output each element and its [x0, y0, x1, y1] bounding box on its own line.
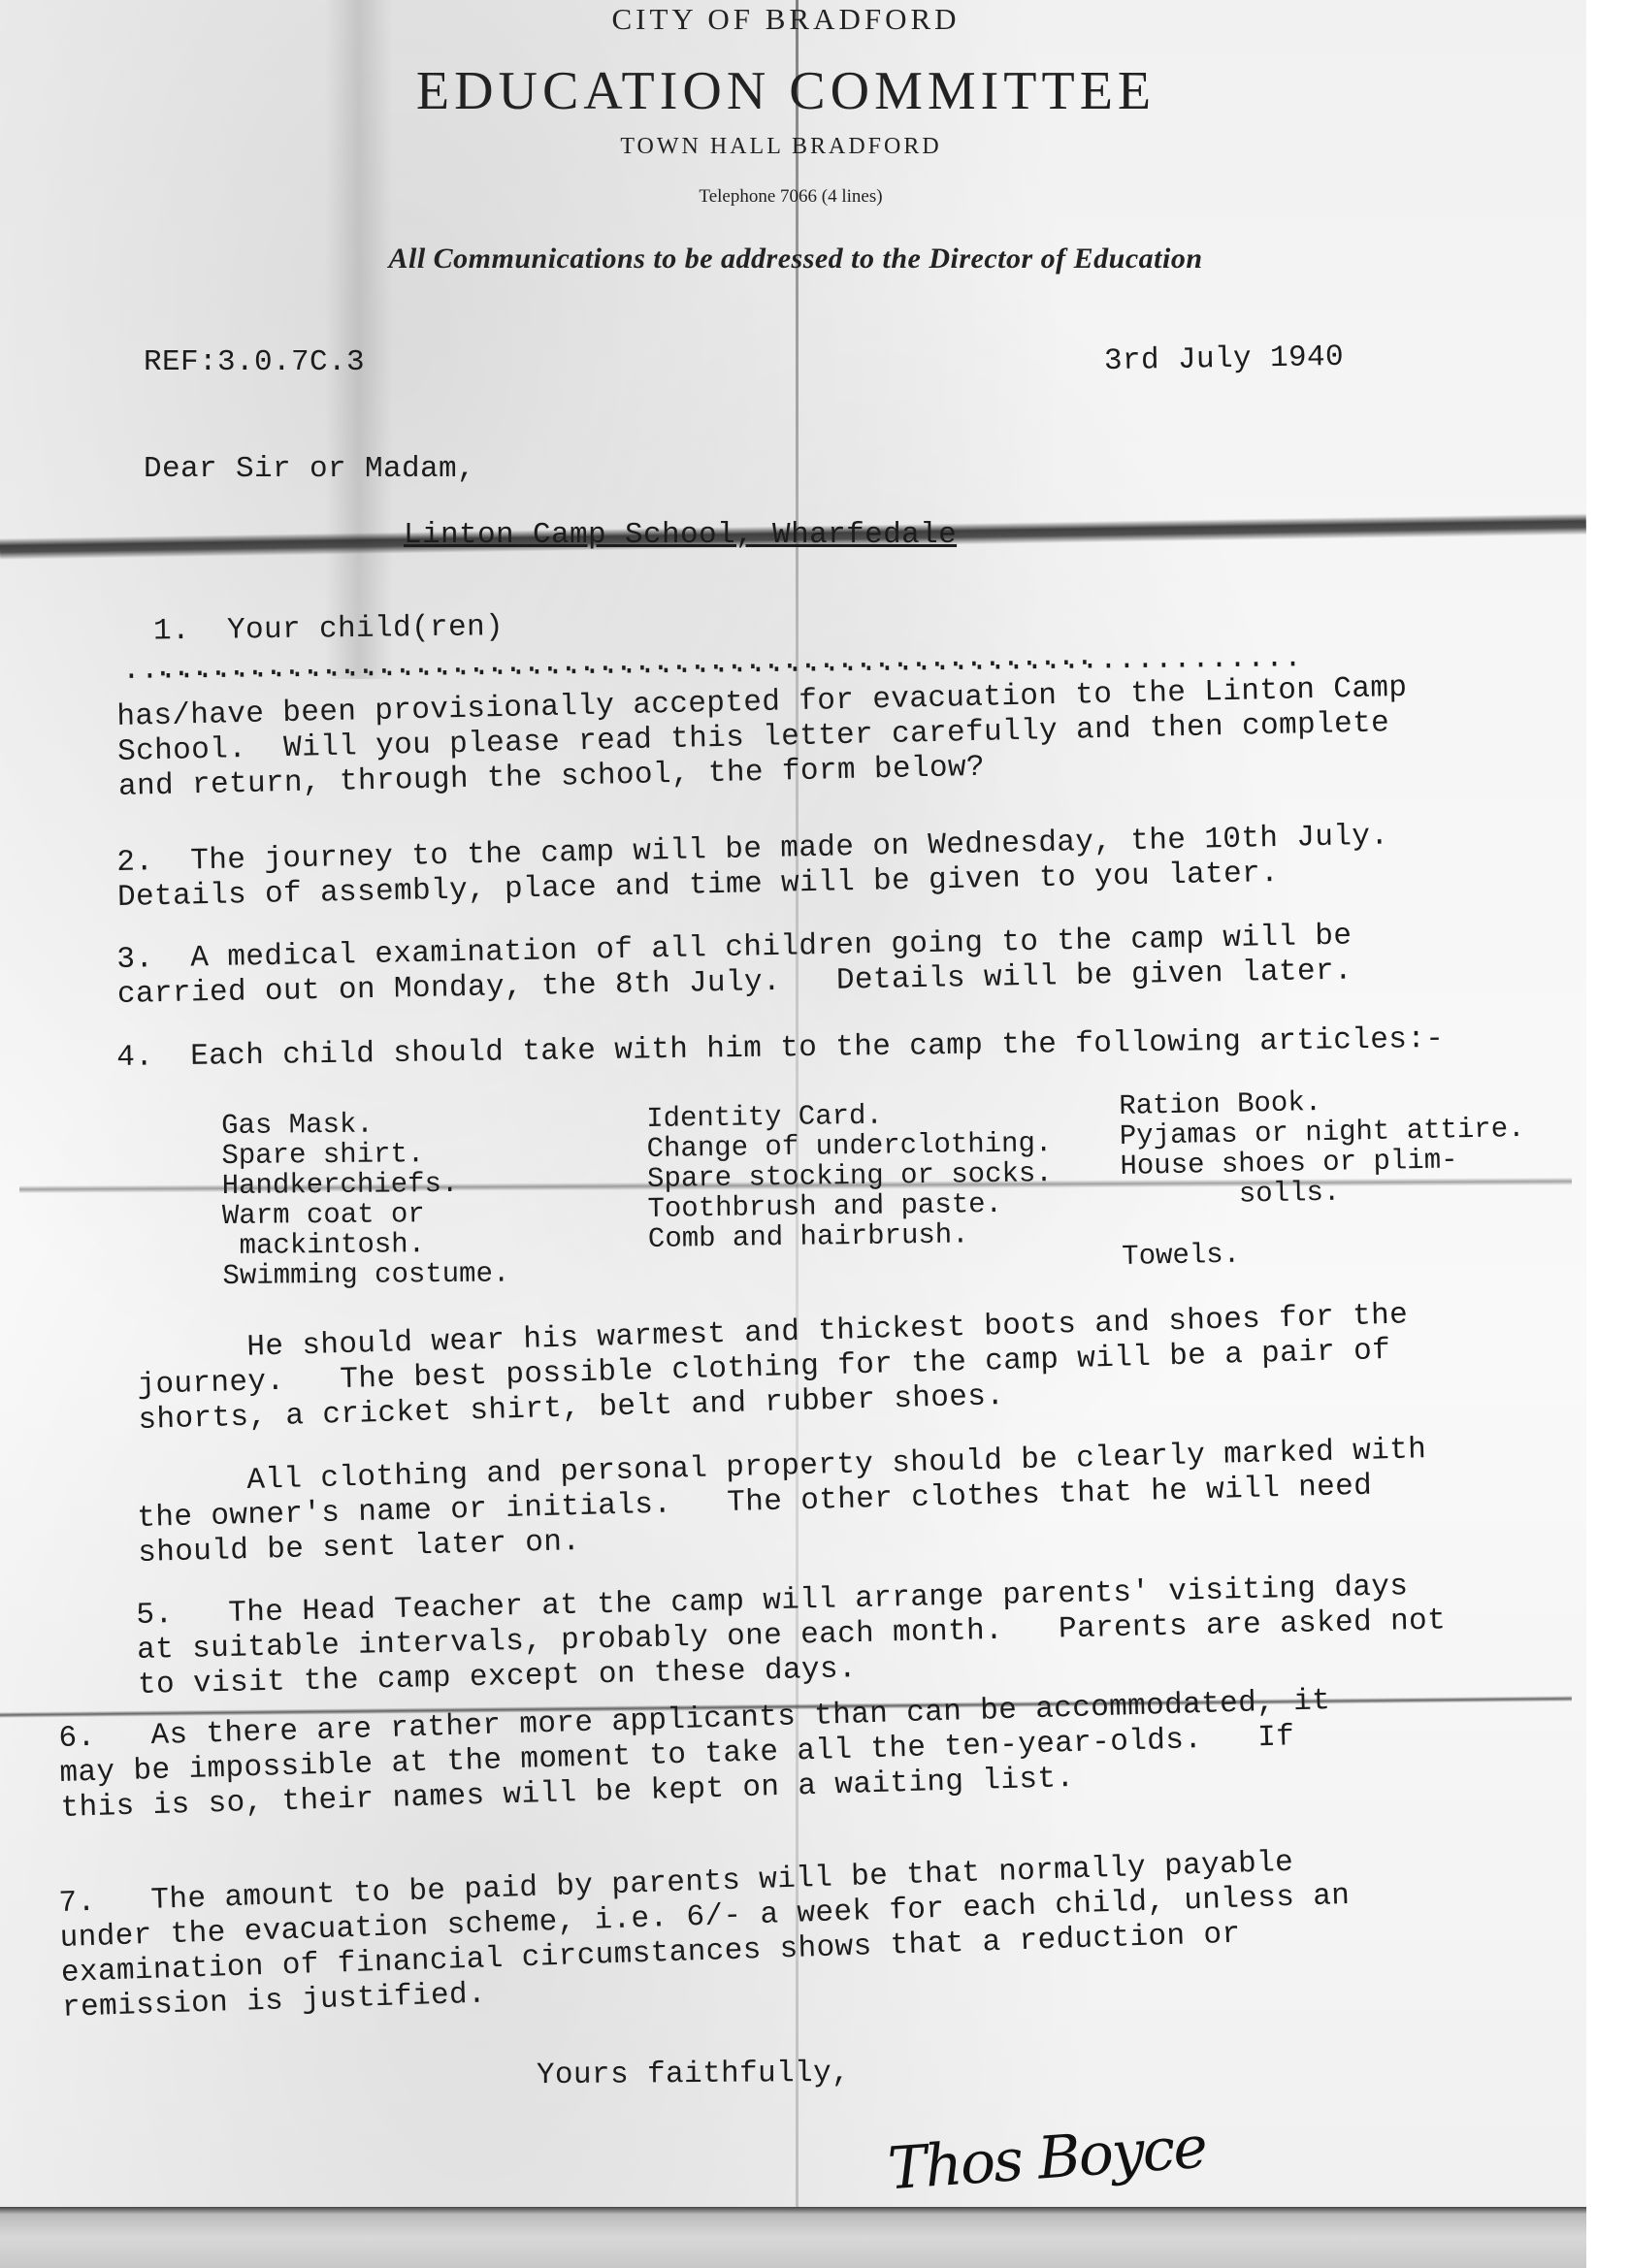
scan-margin [1586, 0, 1630, 2268]
letter-date: 3rd July 1940 [1104, 340, 1345, 380]
letterhead-city: CITY OF BRADFORD [0, 2, 1601, 37]
letterhead-address: TOWN HALL BRADFORD [0, 134, 1596, 160]
letterhead-communications-note: All Communications to be addressed to th… [0, 243, 1611, 275]
subject-heading: Linton Camp School, Wharfedale [404, 517, 957, 554]
articles-list-column-2: Identity Card. Change of underclothing. … [646, 1098, 1054, 1254]
bottom-fold [0, 2207, 1586, 2268]
articles-list-column-3: Ration Book. Pyjamas or night attire. Ho… [1119, 1084, 1527, 1272]
articles-list-column-1: Gas Mask. Spare shirt. Handkerchiefs. Wa… [221, 1108, 509, 1291]
reference-number: REF:3.0.7C.3 [144, 344, 365, 381]
letterhead-committee: EDUCATION COMMITTEE [0, 60, 1601, 122]
salutation: Dear Sir or Madam, [144, 451, 475, 488]
child-field-label: 1. Your child(ren) [153, 610, 504, 648]
closing-phrase: Yours faithfully, [537, 2056, 850, 2094]
letterhead-telephone: Telephone 7066 (4 lines) [0, 186, 1606, 208]
